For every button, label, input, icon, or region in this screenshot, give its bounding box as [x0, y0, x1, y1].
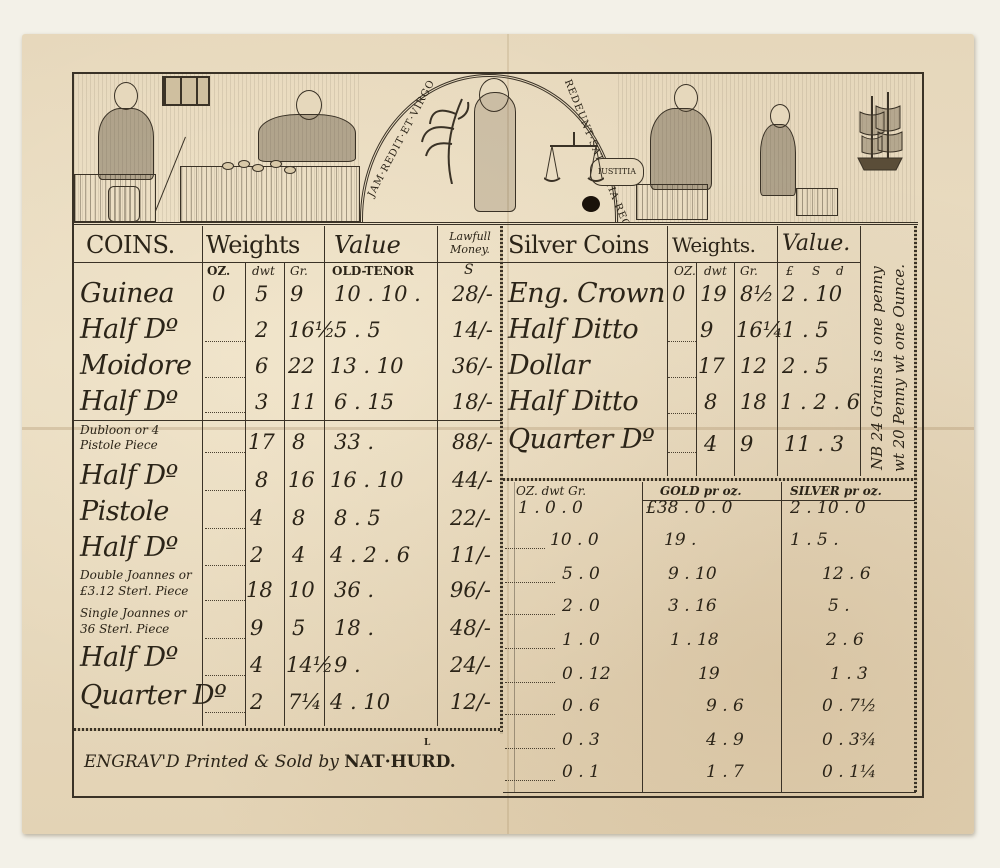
coin-name-line2: Pistole Piece [80, 438, 158, 453]
leader-dots [668, 377, 696, 378]
leader-dots [668, 341, 696, 342]
grid-line [667, 226, 668, 476]
price-silver: 12 . 6 [822, 564, 871, 584]
engraver-credit: ENGRAV'D Printed & Sold by NAT·HURD. [84, 752, 456, 772]
weight-gr: 14½ [286, 653, 333, 677]
price-weight: 0 . 3 [562, 730, 600, 750]
grid-line [74, 420, 502, 421]
price-weight: 0 . 12 [562, 664, 611, 684]
coin-name: Eng. Crown [508, 278, 665, 309]
weight-gr: 9 [740, 432, 753, 456]
price-silver: 0 . 1¼ [822, 762, 876, 782]
weight-oz: 0 [672, 282, 685, 306]
price-weight: 1 . 0 . 0 [518, 498, 583, 518]
leader-dots [505, 714, 555, 715]
value-old-tenor: 4 . 10 [330, 690, 390, 714]
coin-icon [222, 162, 234, 170]
weight-gr: 16½ [288, 318, 335, 342]
weight-dwt: 2 [250, 543, 263, 567]
grid-line [202, 226, 203, 726]
silver-subheader-shillings: S [812, 264, 820, 278]
weight-oz: 0 [212, 282, 225, 306]
leader-dots [205, 675, 245, 676]
weight-dwt: 17 [248, 430, 275, 454]
value-old-tenor: 18 . [334, 616, 374, 640]
weight-gr: 5 [292, 616, 305, 640]
subheader-old-tenor: OLD-TENOR [332, 264, 414, 278]
price-silver: 2 . 6 [826, 630, 864, 650]
grid-line [514, 482, 515, 792]
value: 11 . 3 [784, 432, 844, 456]
price-gold: 9 . 10 [668, 564, 717, 584]
nb-note-line1: NB 24 Grains is one penny [868, 266, 886, 470]
weight-dwt: 8 [704, 390, 717, 414]
silver-coins-title: Silver Coins [508, 231, 649, 259]
superscript-mark: L [424, 738, 430, 748]
coin-name: Dollar [508, 350, 589, 381]
coin-name-line1: Single Joannes or [80, 606, 187, 621]
weight-dwt: 8 [255, 468, 268, 492]
price-gold: 1 . 18 [670, 630, 719, 650]
grid-line [245, 262, 246, 726]
nb-note-line2: wt 20 Penny wt one Ounce. [890, 264, 908, 472]
price-gold: 19 [698, 664, 720, 684]
grid-line [860, 226, 861, 476]
coin-name: Half Dº [80, 532, 178, 563]
silver-subheader-pence: d [836, 264, 844, 278]
value-old-tenor: 9 . [334, 653, 361, 677]
credit-text: ENGRAV'D Printed & Sold by [84, 752, 339, 772]
subheader-gr: Gr. [290, 264, 308, 278]
clerk-figure-icon [258, 114, 356, 162]
justice-figure-icon [474, 92, 516, 212]
leader-dots [205, 341, 245, 342]
price-silver: 2 . 10 . 0 [790, 498, 866, 518]
price-silver: 1 . 3 [830, 664, 868, 684]
weight-dwt: 9 [700, 318, 713, 342]
scales-icon [544, 132, 604, 192]
coin-name-line1: Double Joannes or [80, 568, 192, 583]
grid-line [777, 226, 778, 476]
header-engraving: JAM·REDIT·ET·VIRGO REDEUNT·SATURNIA·REGN… [74, 74, 918, 225]
lawful-money: 22/- [450, 506, 491, 530]
grid-line [503, 792, 916, 793]
price-silver: 0 . 3¾ [822, 730, 876, 750]
gold-per-oz-header: GOLD pr oz. [660, 484, 742, 498]
price-silver: 1 . 5 . [790, 530, 839, 550]
weight-dwt: 4 [250, 653, 263, 677]
coin-name: Pistole [80, 496, 169, 527]
weight-dwt: 9 [250, 616, 263, 640]
grid-line [781, 482, 782, 792]
coins-title: COINS. [86, 231, 175, 259]
weight-dwt: 2 [250, 690, 263, 714]
silver-subheader-gr: Gr. [740, 264, 758, 278]
grid-line [503, 262, 861, 263]
price-gold: £38 . 0 . 0 [646, 498, 733, 518]
coin-name: Guinea [80, 278, 174, 309]
coin-icon [270, 160, 282, 168]
coin-name: Half Dº [80, 314, 178, 345]
lawful-money: 12/- [450, 690, 491, 714]
lawful-money: 96/- [450, 578, 491, 602]
weight-dwt: 4 [704, 432, 717, 456]
value-old-tenor: 4 . 2 . 6 [330, 543, 410, 567]
leader-dots [505, 614, 555, 615]
value: 2 . 5 [782, 354, 829, 378]
value-old-tenor: 10 . 10 . [334, 282, 421, 306]
value-old-tenor: 6 . 15 [334, 390, 394, 414]
value-old-tenor: 8 . 5 [334, 506, 381, 530]
lawful-header-line1: Lawfull [440, 230, 500, 243]
coin-name-line2: £3.12 Sterl. Piece [80, 584, 188, 599]
price-gold: 19 . [664, 530, 696, 550]
price-gold: 1 . 7 [706, 762, 744, 782]
merchant-figure-icon [650, 108, 712, 190]
coin-icon [238, 160, 250, 168]
servant-head-icon [114, 82, 138, 110]
leader-dots [505, 582, 555, 583]
weight-gr: 9 [290, 282, 303, 306]
leader-dots [505, 682, 555, 683]
leader-dots [205, 412, 245, 413]
leader-dots [205, 528, 245, 529]
lawful-money: 24/- [450, 653, 491, 677]
lawful-money: 11/- [450, 543, 491, 567]
coin-name: Quarter Dº [80, 680, 226, 711]
lawful-money: 28/- [452, 282, 493, 306]
leader-dots [505, 780, 555, 781]
silver-per-oz-header: SILVER pr oz. [790, 484, 882, 498]
weight-dwt: 2 [255, 318, 268, 342]
coin-name: Quarter Dº [508, 424, 654, 455]
weight-gr: 10 [288, 578, 315, 602]
weight-gr: 16 [288, 468, 315, 492]
grid-line [642, 482, 643, 792]
coin-name: Moidore [80, 350, 191, 381]
grid-line [284, 262, 285, 726]
rope-divider [74, 728, 502, 731]
lawful-money: 18/- [452, 390, 493, 414]
silver-subheader-oz: OZ. [674, 264, 696, 278]
leader-dots [505, 748, 555, 749]
coin-bucket-icon [108, 186, 140, 222]
leader-dots [205, 490, 245, 491]
weight-gr: 22 [288, 354, 315, 378]
ink-blot [582, 196, 600, 212]
grid-line [74, 262, 502, 263]
weight-dwt: 17 [698, 354, 725, 378]
weight-dwt: 19 [700, 282, 727, 306]
silver-value-header: Value. [782, 231, 850, 256]
grid-line [734, 262, 735, 476]
weight-gr: 12 [740, 354, 767, 378]
leader-dots [505, 648, 555, 649]
coin-name-line1: Dubloon or 4 [80, 423, 159, 438]
bales-icon [636, 184, 708, 220]
leader-dots [668, 452, 696, 453]
silver-subheader-pounds: £ [786, 264, 794, 278]
window-icon [162, 76, 210, 106]
value: 1 . 5 [782, 318, 829, 342]
coin-icon [252, 164, 264, 172]
coin-name: Half Dº [80, 642, 178, 673]
lawful-money: 36/- [452, 354, 493, 378]
price-gold: 9 . 6 [706, 696, 744, 716]
lawful-money: 44/- [452, 468, 493, 492]
weight-gr: 8 [292, 506, 305, 530]
price-weight: 1 . 0 [562, 630, 600, 650]
leader-dots [205, 638, 245, 639]
weight-gr: 11 [290, 390, 317, 414]
coin-name: Half Dº [80, 386, 178, 417]
price-weight: 10 . 0 [550, 530, 599, 550]
lawful-money-header: Lawfull Money. [440, 230, 500, 256]
servant-figure-icon [98, 108, 154, 180]
coin-name: Half Dº [80, 460, 178, 491]
leader-dots [205, 712, 245, 713]
weight-dwt: 18 [246, 578, 273, 602]
grid-line [696, 262, 697, 476]
silver-weights-header: Weights. [672, 233, 756, 257]
lawful-header-line2: Money. [440, 243, 500, 256]
subheader-oz: OZ. [207, 264, 230, 278]
counting-table-icon [180, 166, 360, 222]
weight-gr: 7¼ [288, 690, 322, 714]
subheader-lawful-shilling: S [464, 262, 474, 278]
price-subheader-weight: OZ. dwt Gr. [516, 484, 586, 498]
lawful-money: 14/- [452, 318, 493, 342]
value: 1 . 2 . 6 [780, 390, 860, 414]
leader-dots [205, 565, 245, 566]
price-gold: 4 . 9 [706, 730, 744, 750]
value-old-tenor: 16 . 10 [330, 468, 403, 492]
weight-gr: 8½ [740, 282, 774, 306]
weight-gr: 18 [740, 390, 767, 414]
leader-dots [205, 452, 245, 453]
chest-icon [796, 188, 838, 216]
price-silver: 5 . [828, 596, 850, 616]
weights-header: Weights [206, 231, 300, 259]
engraver-name: NAT·HURD. [344, 752, 455, 772]
grid-line [324, 226, 325, 726]
weight-dwt: 5 [255, 282, 268, 306]
value-header: Value [334, 231, 401, 259]
leader-dots [668, 413, 696, 414]
price-gold: 3 . 16 [668, 596, 717, 616]
coin-icon [284, 166, 296, 174]
coin-name-line2: 36 Sterl. Piece [80, 622, 169, 637]
leader-dots [505, 548, 545, 549]
value-old-tenor: 33 . [334, 430, 374, 454]
weight-gr: 4 [292, 543, 305, 567]
price-weight: 0 . 1 [562, 762, 600, 782]
rope-divider [914, 226, 917, 792]
sailing-ship-icon [850, 88, 910, 178]
boy-figure-icon [760, 124, 796, 196]
subheader-dwt: dwt [252, 264, 275, 278]
leader-dots [205, 600, 245, 601]
silver-subheader-dwt: dwt [704, 264, 727, 278]
price-weight: 2 . 0 [562, 596, 600, 616]
weight-dwt: 4 [250, 506, 263, 530]
value-old-tenor: 13 . 10 [330, 354, 403, 378]
grid-line [437, 226, 438, 726]
lawful-money: 48/- [450, 616, 491, 640]
lawful-money: 88/- [452, 430, 493, 454]
price-weight: 0 . 6 [562, 696, 600, 716]
weight-dwt: 6 [255, 354, 268, 378]
weight-gr: 8 [292, 430, 305, 454]
weight-gr: 16¼ [736, 318, 783, 342]
price-silver: 0 . 7½ [822, 696, 876, 716]
price-weight: 5 . 0 [562, 564, 600, 584]
coin-name: Half Ditto [508, 386, 638, 417]
palm-frond-icon [412, 94, 472, 184]
value-old-tenor: 36 . [334, 578, 374, 602]
weight-dwt: 3 [255, 390, 268, 414]
rope-divider [503, 478, 918, 481]
value: 2 . 10 [782, 282, 842, 306]
leader-dots [205, 377, 245, 378]
value-old-tenor: 5 . 5 [334, 318, 381, 342]
coin-name: Half Ditto [508, 314, 638, 345]
